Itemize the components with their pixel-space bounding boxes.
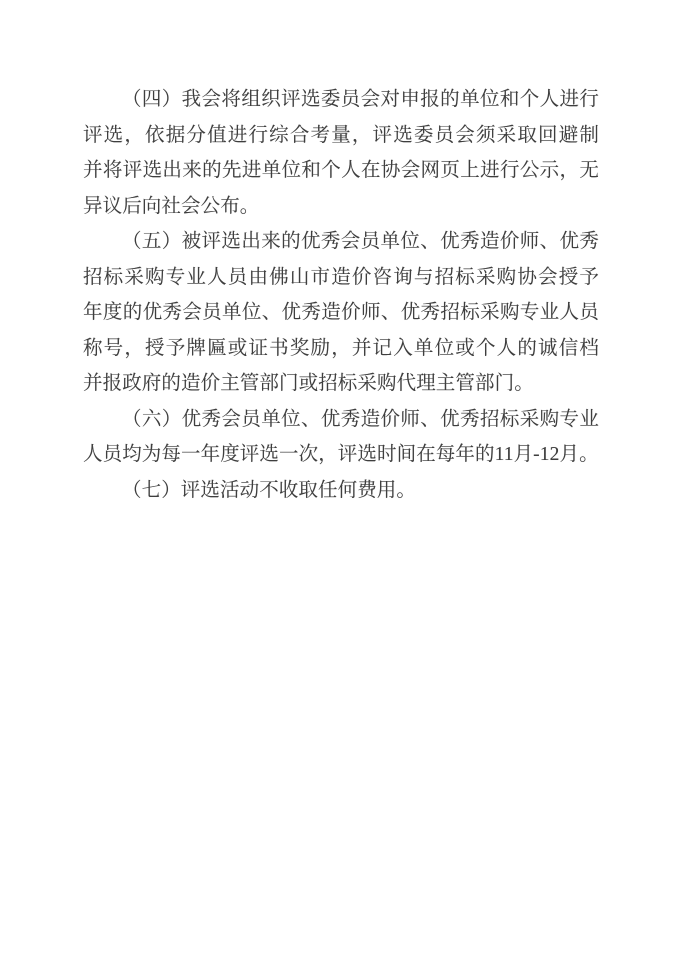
paragraph-7-line-1: （七）评选活动不收取任何费用。 xyxy=(83,473,599,509)
document-page: （四）我会将组织评选委员会对申报的单位和个人进行 评选，依据分值进行综合考量，评… xyxy=(0,0,680,962)
paragraph-5-line-4: 称号，授予牌匾或证书奖励，并记入单位或个人的诚信档案， xyxy=(83,331,599,367)
paragraph-4-line-3: 并将评选出来的先进单位和个人在协会网页上进行公示，无 xyxy=(83,153,599,189)
paragraph-4-line-2: 评选，依据分值进行综合考量，评选委员会须采取回避制度。 xyxy=(83,118,599,154)
paragraph-5-line-1: （五）被评选出来的优秀会员单位、优秀造价师、优秀 xyxy=(83,224,599,260)
paragraph-4-line-1: （四）我会将组织评选委员会对申报的单位和个人进行 xyxy=(83,82,599,118)
paragraph-4-line-4: 异议后向社会公布。 xyxy=(83,189,599,225)
paragraph-5-line-3: 年度的优秀会员单位、优秀造价师、优秀招标采购专业人员 xyxy=(83,295,599,331)
paragraph-6-line-1: （六）优秀会员单位、优秀造价师、优秀招标采购专业 xyxy=(83,402,599,438)
paragraph-5-line-5: 并报政府的造价主管部门或招标采购代理主管部门。 xyxy=(83,366,599,402)
paragraph-6-line-2: 人员均为每一年度评选一次，评选时间在每年的11月-12月。 xyxy=(83,437,599,473)
paragraph-5-line-2: 招标采购专业人员由佛山市造价咨询与招标采购协会授予 xyxy=(83,260,599,296)
document-text-block: （四）我会将组织评选委员会对申报的单位和个人进行 评选，依据分值进行综合考量，评… xyxy=(83,82,599,508)
